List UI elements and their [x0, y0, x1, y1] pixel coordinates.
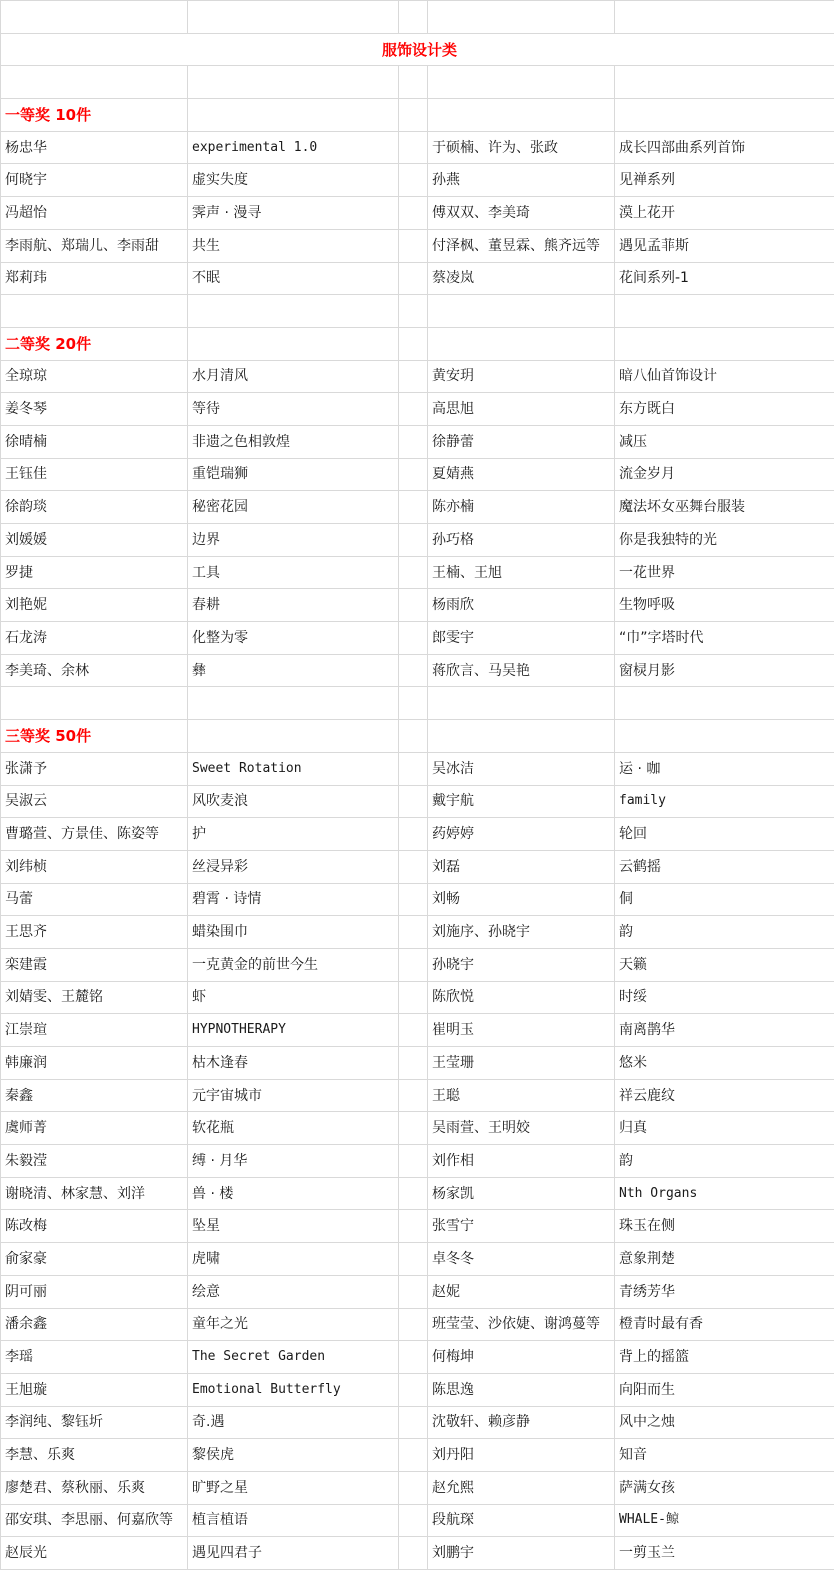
table-row: 俞家豪虎啸卓冬冬意象荆楚 [1, 1243, 834, 1276]
work-title-cell[interactable]: 枯木逢春 [188, 1047, 399, 1080]
award-sheet: 服饰设计类 一等奖 10件杨忠华experimental 1.0于硕楠、许为、张… [0, 0, 834, 1570]
work-title-cell[interactable]: 工具 [188, 556, 399, 589]
work-title-cell[interactable]: 霁声 · 漫寻 [188, 197, 399, 230]
author-cell[interactable]: 杨雨欣 [428, 589, 615, 622]
spacer-cell[interactable] [399, 425, 428, 458]
author-cell[interactable]: 杨忠华 [1, 131, 188, 164]
spacer-cell[interactable] [399, 1537, 428, 1570]
work-title-cell[interactable]: 绘意 [188, 1275, 399, 1308]
author-cell[interactable]: 赵允熙 [428, 1471, 615, 1504]
author-cell[interactable]: 刘作相 [428, 1145, 615, 1178]
work-title-cell[interactable]: 黎侯虎 [188, 1439, 399, 1472]
spacer-cell[interactable] [399, 197, 428, 230]
cell[interactable] [188, 687, 399, 720]
author-cell[interactable]: 王聪 [428, 1079, 615, 1112]
author-cell[interactable]: 王旭璇 [1, 1373, 188, 1406]
work-title-cell[interactable]: 一剪玉兰 [615, 1537, 834, 1570]
work-title-cell[interactable]: 窗棂月影 [615, 654, 834, 687]
work-title-cell[interactable]: 祥云鹿纹 [615, 1079, 834, 1112]
spacer-cell[interactable] [399, 1471, 428, 1504]
spacer-cell[interactable] [399, 458, 428, 491]
cell[interactable] [615, 66, 834, 99]
author-cell[interactable]: 邵安琪、李思丽、何嘉欣等 [1, 1504, 188, 1537]
work-title-cell[interactable]: 减压 [615, 425, 834, 458]
spacer-cell[interactable] [399, 1341, 428, 1374]
author-cell[interactable]: 刘鹏宇 [428, 1537, 615, 1570]
author-cell[interactable]: 蒋欣言、马吴艳 [428, 654, 615, 687]
work-title-cell[interactable]: Sweet Rotation [188, 752, 399, 785]
author-cell[interactable]: 吴淑云 [1, 785, 188, 818]
table-row: 石龙涛化整为零郎雯宇“巾”字塔时代 [1, 622, 834, 655]
work-title-cell[interactable]: 软花瓶 [188, 1112, 399, 1145]
work-title-cell[interactable]: 暗八仙首饰设计 [615, 360, 834, 393]
work-title-cell[interactable]: “巾”字塔时代 [615, 622, 834, 655]
table-row: 刘婧雯、王麓铭虾陈欣悦时绥 [1, 981, 834, 1014]
table-row: 江崇瑄HYPNOTHERAPY崔明玉南离鹊华 [1, 1014, 834, 1047]
table-row: 刘媛媛边界孙巧格你是我独特的光 [1, 524, 834, 557]
author-cell[interactable]: 李润纯、黎钰圻 [1, 1406, 188, 1439]
spacer-cell[interactable] [399, 1308, 428, 1341]
author-cell[interactable]: 潘余鑫 [1, 1308, 188, 1341]
author-cell[interactable]: 江崇瑄 [1, 1014, 188, 1047]
work-title-cell[interactable]: 时绥 [615, 981, 834, 1014]
work-title-cell[interactable]: 青绣芳华 [615, 1275, 834, 1308]
table-row: 邵安琪、李思丽、何嘉欣等植言植语段航琛WHALE-鲸 [1, 1504, 834, 1537]
work-title-cell[interactable]: 橙青时最有香 [615, 1308, 834, 1341]
table-row: 王旭璇Emotional Butterfly陈思逸向阳而生 [1, 1373, 834, 1406]
author-cell[interactable]: 李雨航、郑瑞儿、李雨甜 [1, 229, 188, 262]
work-title-cell[interactable]: 运 · 咖 [615, 752, 834, 785]
title-row: 服饰设计类 [1, 33, 834, 66]
work-title-cell[interactable]: 童年之光 [188, 1308, 399, 1341]
author-cell[interactable]: 曹璐萱、方景佳、陈姿等 [1, 818, 188, 851]
cell[interactable] [615, 327, 834, 360]
spacer-cell[interactable] [399, 589, 428, 622]
work-title-cell[interactable]: 韵 [615, 916, 834, 949]
cell[interactable] [399, 295, 428, 328]
author-cell[interactable]: 王思齐 [1, 916, 188, 949]
author-cell[interactable]: 刘丹阳 [428, 1439, 615, 1472]
cell[interactable] [399, 687, 428, 720]
author-cell[interactable]: 李瑶 [1, 1341, 188, 1374]
author-cell[interactable]: 夏婧燕 [428, 458, 615, 491]
author-cell[interactable]: 吴冰洁 [428, 752, 615, 785]
cell[interactable] [399, 327, 428, 360]
table-row: 阴可丽绘意赵妮青绣芳华 [1, 1275, 834, 1308]
spacer-cell[interactable] [399, 818, 428, 851]
work-title-cell[interactable]: 魔法坏女巫舞台服装 [615, 491, 834, 524]
work-title-cell[interactable]: WHALE-鲸 [615, 1504, 834, 1537]
work-title-cell[interactable]: 旷野之星 [188, 1471, 399, 1504]
author-cell[interactable]: 韩廉润 [1, 1047, 188, 1080]
author-cell[interactable]: 姜冬琴 [1, 393, 188, 426]
sheet-body: 服饰设计类 一等奖 10件杨忠华experimental 1.0于硕楠、许为、张… [1, 1, 834, 1570]
spacer-cell[interactable] [399, 1373, 428, 1406]
author-cell[interactable]: 栾建霞 [1, 948, 188, 981]
author-cell[interactable]: 于硕楠、许为、张政 [428, 131, 615, 164]
cell[interactable] [615, 99, 834, 132]
work-title-cell[interactable]: experimental 1.0 [188, 131, 399, 164]
table-row: 张潇予Sweet Rotation吴冰洁运 · 咖 [1, 752, 834, 785]
author-cell[interactable]: 徐静蕾 [428, 425, 615, 458]
work-title-cell[interactable]: 一花世界 [615, 556, 834, 589]
author-cell[interactable]: 罗捷 [1, 556, 188, 589]
work-title-cell[interactable]: 虾 [188, 981, 399, 1014]
work-title-cell[interactable]: HYPNOTHERAPY [188, 1014, 399, 1047]
work-title-cell[interactable]: 侗 [615, 883, 834, 916]
spacer-cell[interactable] [399, 1210, 428, 1243]
author-cell[interactable]: 张潇予 [1, 752, 188, 785]
author-cell[interactable]: 傅双双、李美琦 [428, 197, 615, 230]
spacer-cell[interactable] [399, 491, 428, 524]
table-row: 谢晓清、林家慧、刘洋兽 · 楼杨家凯Nth Organs [1, 1177, 834, 1210]
spacer-cell[interactable] [399, 1112, 428, 1145]
table-row: 潘余鑫童年之光班莹莹、沙依婕、谢鸿蔓等橙青时最有香 [1, 1308, 834, 1341]
work-title-cell[interactable]: 丝浸异彩 [188, 850, 399, 883]
table-row: 罗捷工具王楠、王旭一花世界 [1, 556, 834, 589]
blank-row [1, 1, 834, 34]
work-title-cell[interactable]: 韵 [615, 1145, 834, 1178]
work-title-cell[interactable]: 植言植语 [188, 1504, 399, 1537]
author-cell[interactable]: 俞家豪 [1, 1243, 188, 1276]
author-cell[interactable]: 刘施序、孙晓宇 [428, 916, 615, 949]
spacer-cell[interactable] [399, 1145, 428, 1178]
author-cell[interactable]: 沈敬轩、赖彦静 [428, 1406, 615, 1439]
cell[interactable] [428, 687, 615, 720]
author-cell[interactable]: 郑莉玮 [1, 262, 188, 295]
author-cell[interactable]: 朱毅滢 [1, 1145, 188, 1178]
table-row: 廖楚君、蔡秋丽、乐爽旷野之星赵允熙萨满女孩 [1, 1471, 834, 1504]
author-cell[interactable]: 刘纬桢 [1, 850, 188, 883]
author-cell[interactable]: 药婷婷 [428, 818, 615, 851]
spacer-cell[interactable] [399, 1275, 428, 1308]
work-title-cell[interactable]: 萨满女孩 [615, 1471, 834, 1504]
work-title-cell[interactable]: 意象荆楚 [615, 1243, 834, 1276]
spacer-cell[interactable] [399, 164, 428, 197]
author-cell[interactable]: 蔡凌岚 [428, 262, 615, 295]
work-title-cell[interactable]: 碧霄 · 诗情 [188, 883, 399, 916]
cell[interactable] [188, 99, 399, 132]
author-cell[interactable]: 段航琛 [428, 1504, 615, 1537]
spacer-cell[interactable] [399, 393, 428, 426]
author-cell[interactable]: 孙燕 [428, 164, 615, 197]
author-cell[interactable]: 王莹珊 [428, 1047, 615, 1080]
work-title-cell[interactable]: 东方既白 [615, 393, 834, 426]
author-cell[interactable]: 陈亦楠 [428, 491, 615, 524]
spacer-cell[interactable] [399, 981, 428, 1014]
cell[interactable] [428, 1, 615, 34]
spacer-cell[interactable] [399, 262, 428, 295]
author-cell[interactable]: 孙晓宇 [428, 948, 615, 981]
table-row: 赵辰光遇见四君子刘鹏宇一剪玉兰 [1, 1537, 834, 1570]
spacer-cell[interactable] [399, 131, 428, 164]
cell[interactable] [615, 720, 834, 753]
work-title-cell[interactable]: 缚 · 月华 [188, 1145, 399, 1178]
spacer-cell[interactable] [399, 524, 428, 557]
author-cell[interactable]: 虞师菁 [1, 1112, 188, 1145]
section-heading[interactable]: 二等奖 20件 [1, 327, 188, 360]
work-title-cell[interactable]: 蜡染围巾 [188, 916, 399, 949]
spacer-cell[interactable] [399, 622, 428, 655]
work-title-cell[interactable]: 轮回 [615, 818, 834, 851]
cell[interactable] [1, 295, 188, 328]
cell[interactable] [188, 720, 399, 753]
cell[interactable] [399, 66, 428, 99]
cell[interactable] [428, 66, 615, 99]
work-title-cell[interactable]: 虎啸 [188, 1243, 399, 1276]
work-title-cell[interactable]: 风中之烛 [615, 1406, 834, 1439]
table-row: 徐韵琰秘密花园陈亦楠魔法坏女巫舞台服装 [1, 491, 834, 524]
author-cell[interactable]: 陈欣悦 [428, 981, 615, 1014]
blank-row [1, 295, 834, 328]
table-row: 朱毅滢缚 · 月华刘作相韵 [1, 1145, 834, 1178]
table-row: 王思齐蜡染围巾刘施序、孙晓宇韵 [1, 916, 834, 949]
section-heading-row: 二等奖 20件 [1, 327, 834, 360]
section-heading-row: 三等奖 50件 [1, 720, 834, 753]
spacer-cell[interactable] [399, 1504, 428, 1537]
work-title-cell[interactable]: 彝 [188, 654, 399, 687]
spacer-cell[interactable] [399, 1439, 428, 1472]
cell[interactable] [428, 295, 615, 328]
spacer-cell[interactable] [399, 360, 428, 393]
spacer-cell[interactable] [399, 654, 428, 687]
author-cell[interactable]: 付泽枫、董昱霖、熊齐远等 [428, 229, 615, 262]
author-cell[interactable]: 孙巧格 [428, 524, 615, 557]
author-cell[interactable]: 石龙涛 [1, 622, 188, 655]
author-cell[interactable]: 刘磊 [428, 850, 615, 883]
work-title-cell[interactable]: 秘密花园 [188, 491, 399, 524]
table-row: 马蕾碧霄 · 诗情刘畅侗 [1, 883, 834, 916]
work-title-cell[interactable]: 归真 [615, 1112, 834, 1145]
author-cell[interactable]: 全琼琼 [1, 360, 188, 393]
section-heading-row: 一等奖 10件 [1, 99, 834, 132]
section-heading[interactable]: 一等奖 10件 [1, 99, 188, 132]
cell[interactable] [399, 720, 428, 753]
author-cell[interactable]: 赵妮 [428, 1275, 615, 1308]
work-title-cell[interactable]: 元宇宙城市 [188, 1079, 399, 1112]
work-title-cell[interactable]: 遇见孟菲斯 [615, 229, 834, 262]
spacer-cell[interactable] [399, 1177, 428, 1210]
author-cell[interactable]: 徐晴楠 [1, 425, 188, 458]
work-title-cell[interactable]: 风吹麦浪 [188, 785, 399, 818]
work-title-cell[interactable]: 重铠瑞狮 [188, 458, 399, 491]
table-row: 全琼琼水月清风黄安玥暗八仙首饰设计 [1, 360, 834, 393]
work-title-cell[interactable]: 你是我独特的光 [615, 524, 834, 557]
spacer-cell[interactable] [399, 883, 428, 916]
cell[interactable] [188, 1, 399, 34]
work-title-cell[interactable]: 背上的摇篮 [615, 1341, 834, 1374]
work-title-cell[interactable]: 珠玉在侧 [615, 1210, 834, 1243]
table-row: 秦鑫元宇宙城市王聪祥云鹿纹 [1, 1079, 834, 1112]
cell[interactable] [428, 327, 615, 360]
cell[interactable] [1, 687, 188, 720]
author-cell[interactable]: 卓冬冬 [428, 1243, 615, 1276]
table-row: 虞师菁软花瓶吴雨萱、王明姣归真 [1, 1112, 834, 1145]
table-row: 李瑶The Secret Garden何梅坤背上的摇篮 [1, 1341, 834, 1374]
author-cell[interactable]: 陈思逸 [428, 1373, 615, 1406]
work-title-cell[interactable]: 天籁 [615, 948, 834, 981]
work-title-cell[interactable]: 春耕 [188, 589, 399, 622]
author-cell[interactable]: 冯超怡 [1, 197, 188, 230]
table-row: 王钰佳重铠瑞狮夏婧燕流金岁月 [1, 458, 834, 491]
author-cell[interactable]: 高思旭 [428, 393, 615, 426]
table-row: 郑莉玮不眠蔡凌岚花间系列-1 [1, 262, 834, 295]
work-title-cell[interactable]: 共生 [188, 229, 399, 262]
blank-row [1, 66, 834, 99]
author-cell[interactable]: 刘媛媛 [1, 524, 188, 557]
author-cell[interactable]: 李美琦、余林 [1, 654, 188, 687]
author-cell[interactable]: 刘畅 [428, 883, 615, 916]
author-cell[interactable]: 吴雨萱、王明姣 [428, 1112, 615, 1145]
work-title-cell[interactable]: 化整为零 [188, 622, 399, 655]
section-heading[interactable]: 三等奖 50件 [1, 720, 188, 753]
work-title-cell[interactable]: 等待 [188, 393, 399, 426]
work-title-cell[interactable]: 悠米 [615, 1047, 834, 1080]
spacer-cell[interactable] [399, 1079, 428, 1112]
cell[interactable] [428, 720, 615, 753]
cell[interactable] [1, 1, 188, 34]
work-title-cell[interactable]: 生物呼吸 [615, 589, 834, 622]
work-title-cell[interactable]: 奇.遇 [188, 1406, 399, 1439]
author-cell[interactable]: 崔明玉 [428, 1014, 615, 1047]
sheet-title[interactable]: 服饰设计类 [1, 33, 834, 66]
author-cell[interactable]: 徐韵琰 [1, 491, 188, 524]
table-row: 吴淑云风吹麦浪戴宇航family [1, 785, 834, 818]
cell[interactable] [399, 99, 428, 132]
work-title-cell[interactable]: 南离鹊华 [615, 1014, 834, 1047]
spacer-cell[interactable] [399, 850, 428, 883]
table-row: 栾建霞一克黄金的前世今生孙晓宇天籁 [1, 948, 834, 981]
work-title-cell[interactable]: 坠星 [188, 1210, 399, 1243]
author-cell[interactable]: 李慧、乐爽 [1, 1439, 188, 1472]
author-cell[interactable]: 陈改梅 [1, 1210, 188, 1243]
author-cell[interactable]: 何晓宇 [1, 164, 188, 197]
author-cell[interactable]: 谢晓清、林家慧、刘洋 [1, 1177, 188, 1210]
author-cell[interactable]: 马蕾 [1, 883, 188, 916]
work-title-cell[interactable]: 成长四部曲系列首饰 [615, 131, 834, 164]
work-title-cell[interactable]: 向阳而生 [615, 1373, 834, 1406]
author-cell[interactable]: 戴宇航 [428, 785, 615, 818]
cell[interactable] [1, 66, 188, 99]
work-title-cell[interactable]: 非遗之色相敦煌 [188, 425, 399, 458]
work-title-cell[interactable]: 护 [188, 818, 399, 851]
table-row: 杨忠华experimental 1.0于硕楠、许为、张政成长四部曲系列首饰 [1, 131, 834, 164]
table-row: 陈改梅坠星张雪宁珠玉在侧 [1, 1210, 834, 1243]
table-row: 何晓宇虚实失度孙燕见禅系列 [1, 164, 834, 197]
author-cell[interactable]: 郎雯宇 [428, 622, 615, 655]
work-title-cell[interactable]: 水月清风 [188, 360, 399, 393]
spacer-cell[interactable] [399, 752, 428, 785]
cell[interactable] [615, 295, 834, 328]
work-title-cell[interactable]: 见禅系列 [615, 164, 834, 197]
table-row: 李润纯、黎钰圻奇.遇沈敬轩、赖彦静风中之烛 [1, 1406, 834, 1439]
spacer-cell[interactable] [399, 916, 428, 949]
cell[interactable] [399, 1, 428, 34]
work-title-cell[interactable]: 花间系列-1 [615, 262, 834, 295]
work-title-cell[interactable]: 云鹤摇 [615, 850, 834, 883]
author-cell[interactable]: 王钰佳 [1, 458, 188, 491]
work-title-cell[interactable]: Emotional Butterfly [188, 1373, 399, 1406]
author-cell[interactable]: 刘艳妮 [1, 589, 188, 622]
table-row: 冯超怡霁声 · 漫寻傅双双、李美琦漠上花开 [1, 197, 834, 230]
author-cell[interactable]: 杨家凯 [428, 1177, 615, 1210]
author-cell[interactable]: 阴可丽 [1, 1275, 188, 1308]
work-title-cell[interactable]: 兽 · 楼 [188, 1177, 399, 1210]
spacer-cell[interactable] [399, 948, 428, 981]
work-title-cell[interactable]: family [615, 785, 834, 818]
work-title-cell[interactable]: Nth Organs [615, 1177, 834, 1210]
spacer-cell[interactable] [399, 556, 428, 589]
table-row: 李雨航、郑瑞儿、李雨甜共生付泽枫、董昱霖、熊齐远等遇见孟菲斯 [1, 229, 834, 262]
spacer-cell[interactable] [399, 1243, 428, 1276]
work-title-cell[interactable]: 流金岁月 [615, 458, 834, 491]
table-row: 徐晴楠非遗之色相敦煌徐静蕾减压 [1, 425, 834, 458]
author-cell[interactable]: 廖楚君、蔡秋丽、乐爽 [1, 1471, 188, 1504]
work-title-cell[interactable]: 边界 [188, 524, 399, 557]
spacer-cell[interactable] [399, 229, 428, 262]
table-row: 李美琦、余林彝蒋欣言、马吴艳窗棂月影 [1, 654, 834, 687]
author-cell[interactable]: 秦鑫 [1, 1079, 188, 1112]
author-cell[interactable]: 张雪宁 [428, 1210, 615, 1243]
spacer-cell[interactable] [399, 1406, 428, 1439]
cell[interactable] [188, 66, 399, 99]
table-row: 曹璐萱、方景佳、陈姿等护药婷婷轮回 [1, 818, 834, 851]
blank-row [1, 687, 834, 720]
author-cell[interactable]: 何梅坤 [428, 1341, 615, 1374]
cell[interactable] [428, 99, 615, 132]
table-row: 姜冬琴等待高思旭东方既白 [1, 393, 834, 426]
work-title-cell[interactable]: 漠上花开 [615, 197, 834, 230]
spacer-cell[interactable] [399, 1014, 428, 1047]
table-row: 刘纬桢丝浸异彩刘磊云鹤摇 [1, 850, 834, 883]
author-cell[interactable]: 刘婧雯、王麓铭 [1, 981, 188, 1014]
cell[interactable] [188, 295, 399, 328]
spacer-cell[interactable] [399, 1047, 428, 1080]
author-cell[interactable]: 王楠、王旭 [428, 556, 615, 589]
table-row: 李慧、乐爽黎侯虎刘丹阳知音 [1, 1439, 834, 1472]
work-title-cell[interactable]: 遇见四君子 [188, 1537, 399, 1570]
work-title-cell[interactable]: 不眠 [188, 262, 399, 295]
table-row: 韩廉润枯木逢春王莹珊悠米 [1, 1047, 834, 1080]
author-cell[interactable]: 赵辰光 [1, 1537, 188, 1570]
author-cell[interactable]: 班莹莹、沙依婕、谢鸿蔓等 [428, 1308, 615, 1341]
author-cell[interactable]: 黄安玥 [428, 360, 615, 393]
cell[interactable] [615, 687, 834, 720]
table-row: 刘艳妮春耕杨雨欣生物呼吸 [1, 589, 834, 622]
cell[interactable] [615, 1, 834, 34]
spacer-cell[interactable] [399, 785, 428, 818]
work-title-cell[interactable]: 知音 [615, 1439, 834, 1472]
cell[interactable] [188, 327, 399, 360]
work-title-cell[interactable]: 一克黄金的前世今生 [188, 948, 399, 981]
work-title-cell[interactable]: 虚实失度 [188, 164, 399, 197]
work-title-cell[interactable]: The Secret Garden [188, 1341, 399, 1374]
